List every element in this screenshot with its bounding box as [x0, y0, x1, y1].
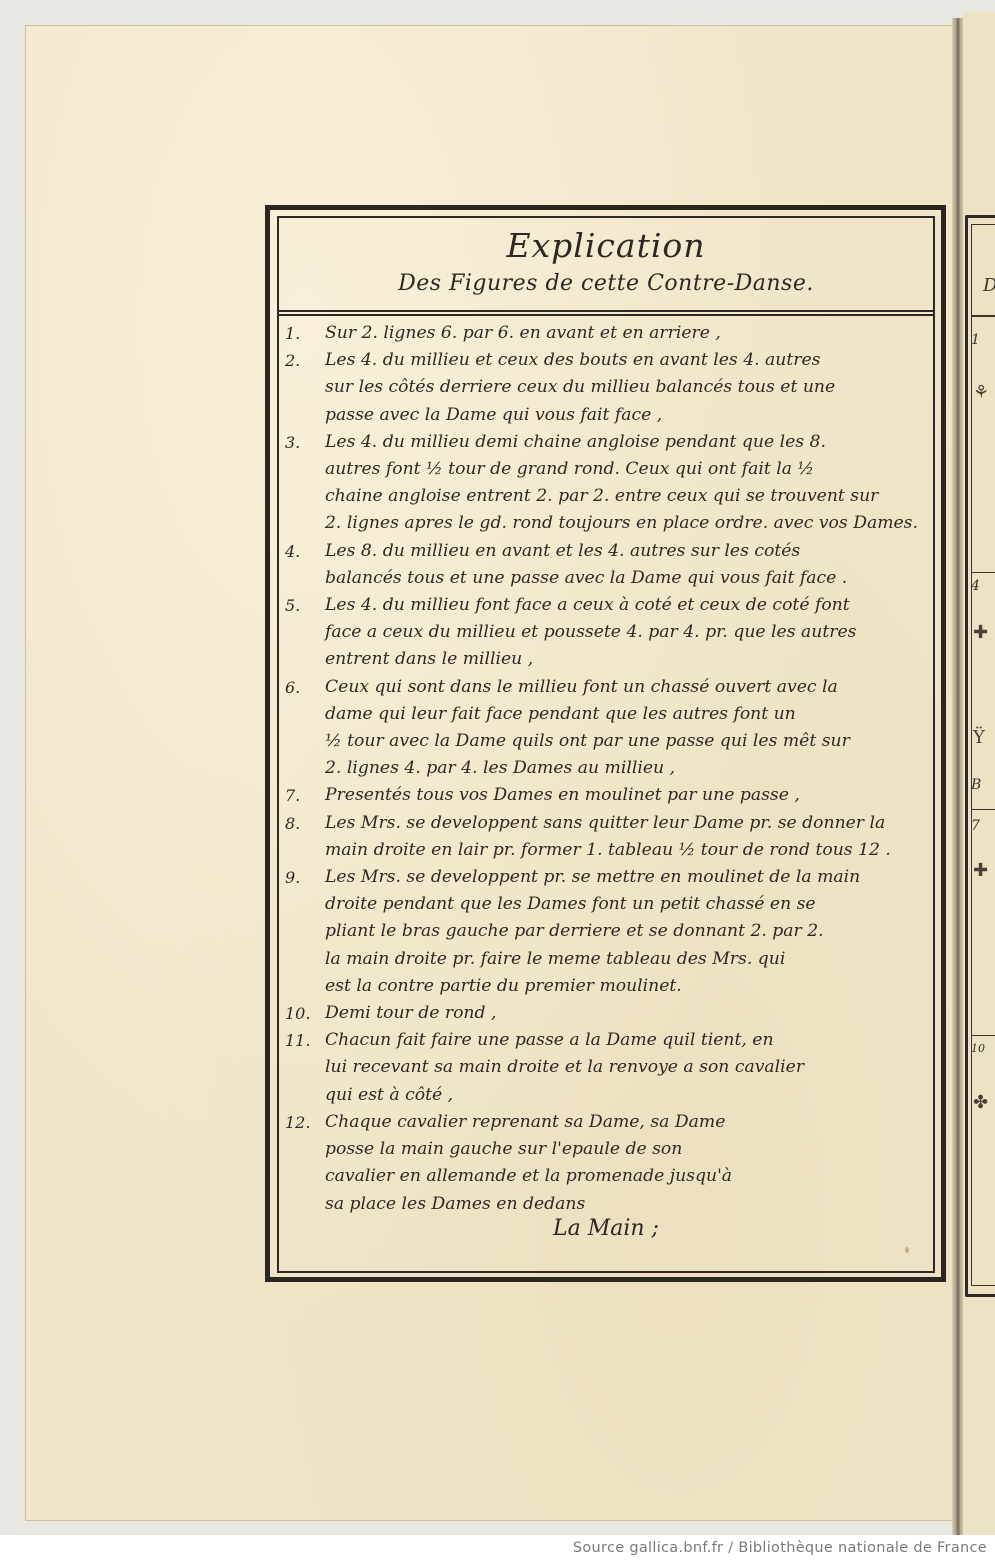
- figure-text-line: droite pendant que les Dames font un pet…: [325, 891, 925, 918]
- adjacent-cell-separator: [971, 1035, 995, 1036]
- engraved-inner-border: Explication Des Figures de cette Contre-…: [277, 216, 935, 1273]
- figure-item: 1. Sur 2. lignes 6. par 6. en avant et e…: [285, 320, 925, 347]
- adjacent-cell-separator: [971, 809, 995, 810]
- adjacent-cell-separator: [971, 572, 995, 573]
- figure-item: 3. Les 4. du millieu demi chaine anglois…: [285, 429, 925, 538]
- engraver-signature: La Main ;: [279, 1216, 933, 1241]
- figure-item: 7. Presentés tous vos Dames en moulinet …: [285, 782, 925, 809]
- adjacent-cell-label: 10: [971, 1042, 985, 1055]
- adjacent-page-title-fragment: De: [983, 275, 995, 296]
- figure-text-line: balancés tous et une passe avec la Dame …: [325, 565, 925, 592]
- figure-text-line: Les 4. du millieu et ceux des bouts en a…: [325, 347, 925, 374]
- figure-text-line: lui recevant sa main droite et la renvoy…: [325, 1054, 925, 1081]
- figure-text-line: Chacun fait faire une passe a la Dame qu…: [325, 1027, 925, 1054]
- dance-figure-cross-icon: ✚: [973, 860, 988, 881]
- figure-text-line: Ceux qui sont dans le millieu font un ch…: [325, 674, 925, 701]
- figure-number: 9.: [285, 864, 319, 891]
- figure-text-line: Les Mrs. se developpent sans quitter leu…: [325, 810, 925, 837]
- figure-text-line: la main droite pr. faire le meme tableau…: [325, 946, 925, 973]
- figure-number: 2.: [285, 347, 319, 374]
- figure-text-line: Les 8. du millieu en avant et les 4. aut…: [325, 538, 925, 565]
- dance-figure-symbol-icon: Ÿ: [973, 727, 985, 748]
- figure-text-line: passe avec la Dame qui vous fait face ,: [325, 402, 925, 429]
- dance-figure-cross-icon: ✚: [973, 622, 988, 643]
- figure-text-line: est la contre partie du premier moulinet…: [325, 973, 925, 1000]
- adjacent-cell-label: B: [971, 777, 981, 793]
- adjacent-cell-label: 1: [971, 332, 980, 348]
- figure-text-line: 2. lignes apres le gd. rond toujours en …: [325, 510, 925, 537]
- figure-text-line: Demi tour de rond ,: [325, 1000, 925, 1027]
- figure-item: 8. Les Mrs. se developpent sans quitter …: [285, 810, 925, 864]
- figure-number: 11.: [285, 1027, 319, 1054]
- title-cartouche: Explication Des Figures de cette Contre-…: [279, 218, 933, 312]
- figure-item: 9. Les Mrs. se developpent pr. se mettre…: [285, 864, 925, 1000]
- figure-text-line: entrent dans le millieu ,: [325, 646, 925, 673]
- dance-figure-symbol-icon: ⚘: [973, 382, 989, 403]
- figure-text-line: Presentés tous vos Dames en moulinet par…: [325, 782, 925, 809]
- figure-number: 12.: [285, 1109, 319, 1136]
- figure-text-line: Les 4. du millieu font face a ceux à cot…: [325, 592, 925, 619]
- figure-number: 1.: [285, 320, 319, 347]
- figure-text-line: qui est à côté ,: [325, 1082, 925, 1109]
- figure-text-line: ½ tour avec la Dame quils ont par une pa…: [325, 728, 925, 755]
- figure-text-line: autres font ½ tour de grand rond. Ceux q…: [325, 456, 925, 483]
- figure-text-line: sur les côtés derriere ceux du millieu b…: [325, 374, 925, 401]
- figure-number: 10.: [285, 1000, 319, 1027]
- figure-text-line: posse la main gauche sur l'epaule de son: [325, 1136, 925, 1163]
- figure-number: 4.: [285, 538, 319, 565]
- adjacent-cell-label: 7: [971, 818, 980, 834]
- figure-item: 6. Ceux qui sont dans le millieu font un…: [285, 674, 925, 783]
- figure-explanation-list: 1. Sur 2. lignes 6. par 6. en avant et e…: [285, 320, 925, 1218]
- figure-number: 3.: [285, 429, 319, 456]
- figure-number: 6.: [285, 674, 319, 701]
- figure-text-line: dame qui leur fait face pendant que les …: [325, 701, 925, 728]
- figure-text-line: Chaque cavalier reprenant sa Dame, sa Da…: [325, 1109, 925, 1136]
- figure-text-line: main droite en lair pr. former 1. tablea…: [325, 837, 925, 864]
- figure-item: 2. Les 4. du millieu et ceux des bouts e…: [285, 347, 925, 429]
- figure-text-line: Les Mrs. se developpent pr. se mettre en…: [325, 864, 925, 891]
- page-subtitle: Des Figures de cette Contre-Danse.: [279, 271, 933, 296]
- adjacent-page-title-separator: [971, 315, 995, 317]
- figure-item: 11. Chacun fait faire une passe a la Dam…: [285, 1027, 925, 1109]
- page-title: Explication: [279, 226, 933, 265]
- figure-item: 12. Chaque cavalier reprenant sa Dame, s…: [285, 1109, 925, 1218]
- figure-number: 7.: [285, 782, 319, 809]
- figure-text-line: face a ceux du millieu et poussete 4. pa…: [325, 619, 925, 646]
- dance-figure-symbol-icon: ✤: [973, 1092, 988, 1113]
- figure-text-line: pliant le bras gauche par derriere et se…: [325, 918, 925, 945]
- title-double-rule: [279, 314, 933, 316]
- adjacent-page: De 1 ⚘ 4 ✚ Ÿ B 7 ✚ 10 ✤: [963, 12, 995, 1535]
- figure-text-line: Sur 2. lignes 6. par 6. en avant et en a…: [325, 320, 925, 347]
- figure-number: 5.: [285, 592, 319, 619]
- figure-item: 4. Les 8. du millieu en avant et les 4. …: [285, 538, 925, 592]
- figure-text-line: sa place les Dames en dedans: [325, 1191, 925, 1218]
- figure-text-line: 2. lignes 4. par 4. les Dames au millieu…: [325, 755, 925, 782]
- figure-text-line: Les 4. du millieu demi chaine angloise p…: [325, 429, 925, 456]
- figure-text-line: cavalier en allemande et la promenade ju…: [325, 1163, 925, 1190]
- figure-item: 10. Demi tour de rond ,: [285, 1000, 925, 1027]
- source-credit: Source gallica.bnf.fr / Bibliothèque nat…: [573, 1540, 987, 1556]
- adjacent-cell-label: 4: [971, 578, 980, 594]
- figure-text-line: chaine angloise entrent 2. par 2. entre …: [325, 483, 925, 510]
- figure-number: 8.: [285, 810, 319, 837]
- figure-item: 5. Les 4. du millieu font face a ceux à …: [285, 592, 925, 674]
